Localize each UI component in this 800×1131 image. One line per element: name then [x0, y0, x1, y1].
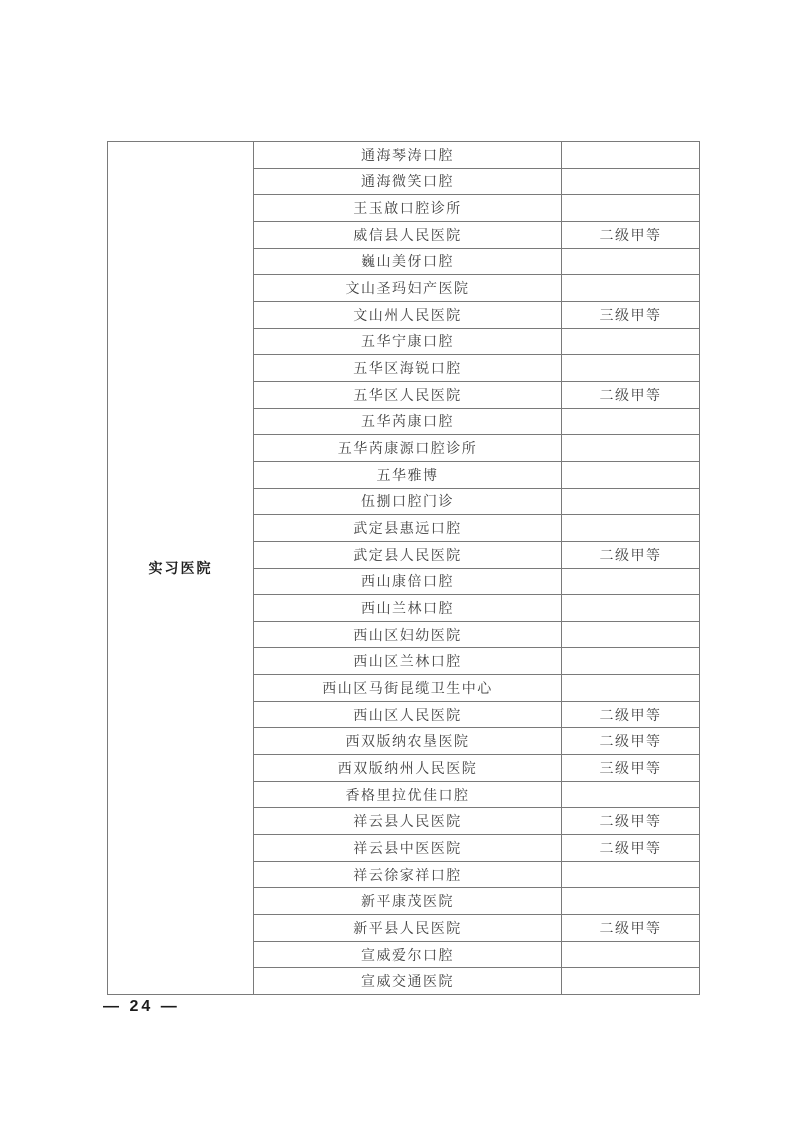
- hospital-name-cell: 新平康茂医院: [254, 888, 562, 915]
- hospital-grade-cell: [562, 968, 700, 995]
- hospital-grade-cell: [562, 435, 700, 462]
- hospital-name-cell: 西山区妇幼医院: [254, 621, 562, 648]
- hospital-grade-cell: 二级甲等: [562, 541, 700, 568]
- hospital-grade-cell: 三级甲等: [562, 755, 700, 782]
- hospital-name-cell: 通海微笑口腔: [254, 168, 562, 195]
- hospital-grade-cell: [562, 515, 700, 542]
- hospital-name-cell: 五华雅博: [254, 461, 562, 488]
- hospital-grade-cell: [562, 195, 700, 222]
- hospital-table: 实习医院通海琴涛口腔通海微笑口腔王玉啟口腔诊所威信县人民医院二级甲等巍山美伢口腔…: [107, 141, 700, 995]
- hospital-grade-cell: [562, 675, 700, 702]
- hospital-grade-cell: 二级甲等: [562, 728, 700, 755]
- hospital-name-cell: 西双版纳州人民医院: [254, 755, 562, 782]
- hospital-name-cell: 伍捌口腔门诊: [254, 488, 562, 515]
- hospital-grade-cell: [562, 781, 700, 808]
- hospital-grade-cell: [562, 248, 700, 275]
- row-header-cell: 实习医院: [108, 142, 254, 995]
- hospital-name-cell: 五华芮康口腔: [254, 408, 562, 435]
- hospital-grade-cell: [562, 275, 700, 302]
- hospital-grade-cell: 二级甲等: [562, 808, 700, 835]
- hospital-name-cell: 西山区兰林口腔: [254, 648, 562, 675]
- hospital-grade-cell: [562, 861, 700, 888]
- hospital-table-body: 实习医院通海琴涛口腔通海微笑口腔王玉啟口腔诊所威信县人民医院二级甲等巍山美伢口腔…: [108, 142, 700, 995]
- hospital-name-cell: 威信县人民医院: [254, 221, 562, 248]
- hospital-grade-cell: 二级甲等: [562, 221, 700, 248]
- hospital-grade-cell: 三级甲等: [562, 301, 700, 328]
- hospital-name-cell: 王玉啟口腔诊所: [254, 195, 562, 222]
- hospital-name-cell: 祥云县人民医院: [254, 808, 562, 835]
- hospital-grade-cell: [562, 168, 700, 195]
- hospital-name-cell: 西山区人民医院: [254, 701, 562, 728]
- hospital-name-cell: 新平县人民医院: [254, 915, 562, 942]
- hospital-name-cell: 五华宁康口腔: [254, 328, 562, 355]
- hospital-name-cell: 武定县人民医院: [254, 541, 562, 568]
- hospital-name-cell: 文山州人民医院: [254, 301, 562, 328]
- hospital-grade-cell: [562, 941, 700, 968]
- hospital-name-cell: 五华芮康源口腔诊所: [254, 435, 562, 462]
- table-row: 实习医院通海琴涛口腔: [108, 142, 700, 169]
- hospital-name-cell: 祥云徐家祥口腔: [254, 861, 562, 888]
- hospital-grade-cell: [562, 408, 700, 435]
- hospital-name-cell: 宣威爱尔口腔: [254, 941, 562, 968]
- hospital-grade-cell: [562, 888, 700, 915]
- hospital-name-cell: 宣威交通医院: [254, 968, 562, 995]
- hospital-name-cell: 文山圣玛妇产医院: [254, 275, 562, 302]
- hospital-name-cell: 香格里拉优佳口腔: [254, 781, 562, 808]
- hospital-grade-cell: [562, 355, 700, 382]
- hospital-grade-cell: [562, 488, 700, 515]
- hospital-grade-cell: 二级甲等: [562, 835, 700, 862]
- hospital-grade-cell: [562, 595, 700, 622]
- hospital-name-cell: 巍山美伢口腔: [254, 248, 562, 275]
- page-number: — 24 —: [103, 998, 180, 1016]
- hospital-name-cell: 通海琴涛口腔: [254, 142, 562, 169]
- hospital-grade-cell: 二级甲等: [562, 381, 700, 408]
- hospital-name-cell: 西山康倍口腔: [254, 568, 562, 595]
- hospital-grade-cell: [562, 621, 700, 648]
- hospital-grade-cell: [562, 568, 700, 595]
- hospital-grade-cell: [562, 461, 700, 488]
- hospital-grade-cell: 二级甲等: [562, 915, 700, 942]
- hospital-name-cell: 祥云县中医医院: [254, 835, 562, 862]
- hospital-name-cell: 西山兰林口腔: [254, 595, 562, 622]
- hospital-grade-cell: [562, 142, 700, 169]
- hospital-name-cell: 五华区人民医院: [254, 381, 562, 408]
- hospital-name-cell: 西双版纳农垦医院: [254, 728, 562, 755]
- hospital-name-cell: 五华区海锐口腔: [254, 355, 562, 382]
- hospital-grade-cell: [562, 648, 700, 675]
- document-page: 实习医院通海琴涛口腔通海微笑口腔王玉啟口腔诊所威信县人民医院二级甲等巍山美伢口腔…: [0, 0, 800, 1131]
- hospital-name-cell: 武定县惠远口腔: [254, 515, 562, 542]
- hospital-name-cell: 西山区马街昆缆卫生中心: [254, 675, 562, 702]
- hospital-grade-cell: 二级甲等: [562, 701, 700, 728]
- hospital-grade-cell: [562, 328, 700, 355]
